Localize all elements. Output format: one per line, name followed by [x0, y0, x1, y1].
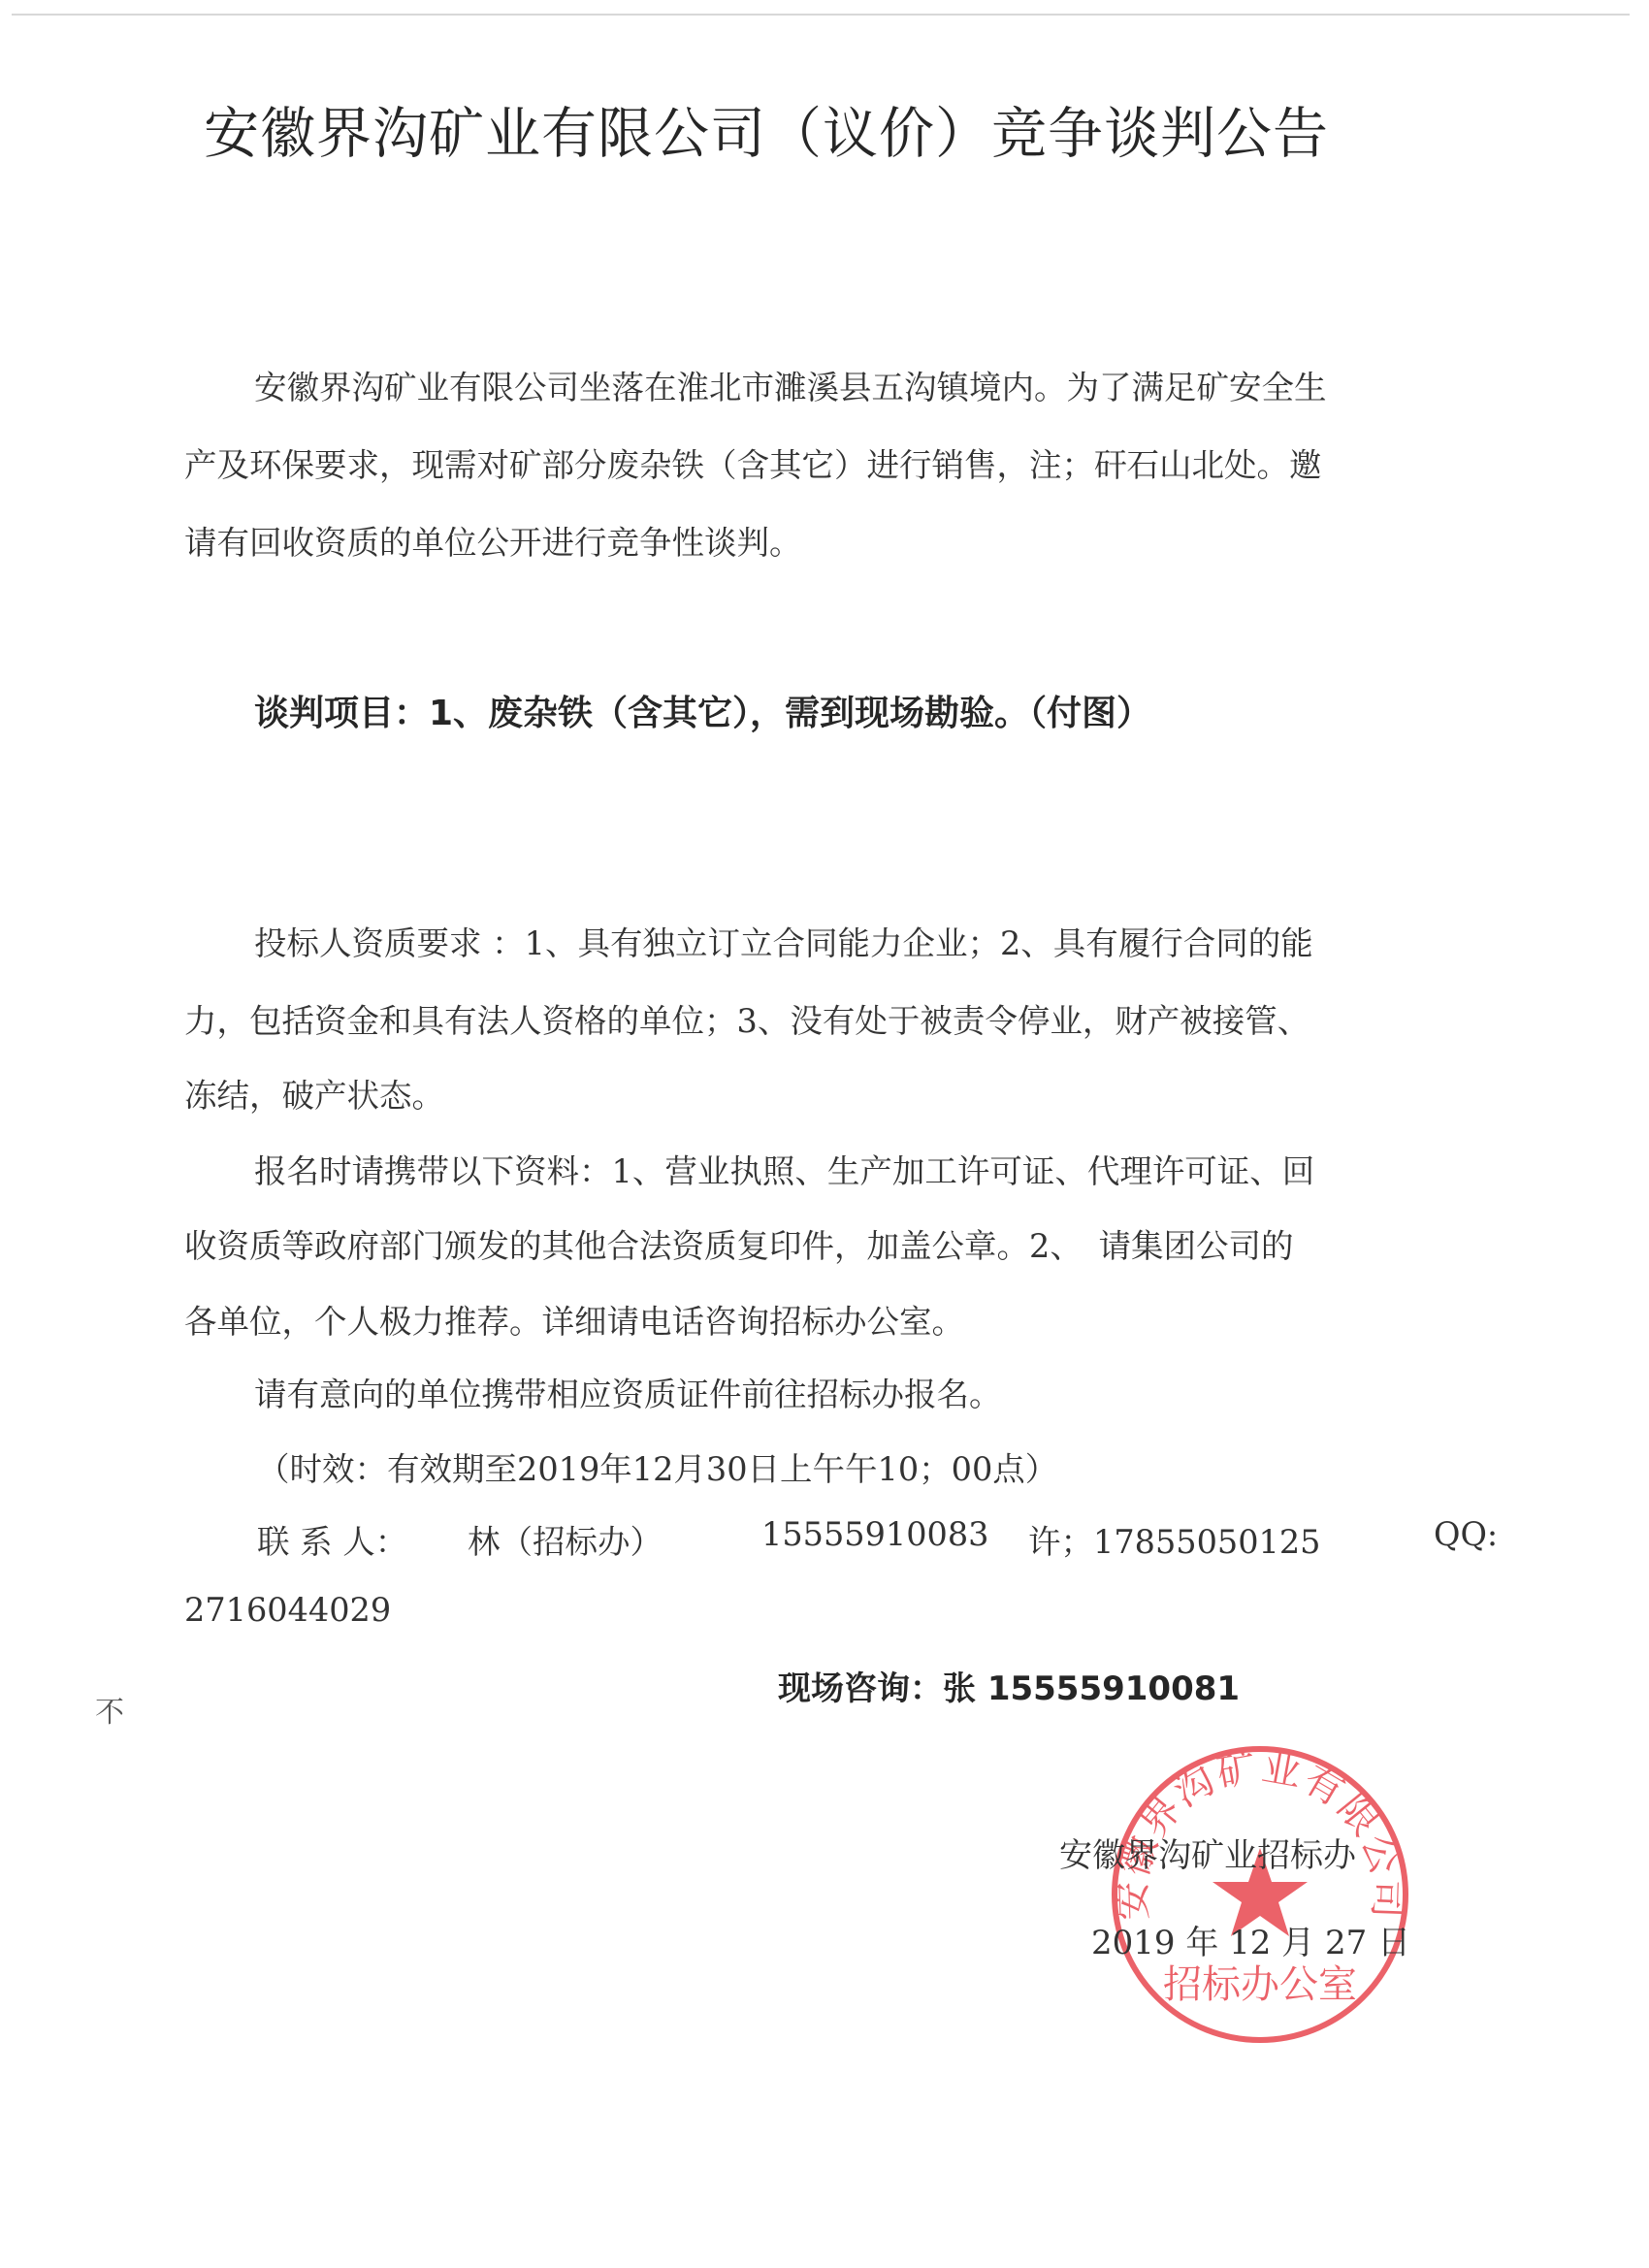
intro-line-3: 请有回收资质的单位公开进行竞争性谈判。 — [184, 516, 1503, 564]
qualifications-line-1: 投标人资质要求 ：1、具有独立订立合同能力企业；2、具有履行合同的能 — [254, 917, 1573, 964]
contact-person-lin: 林（招标办） — [468, 1515, 663, 1563]
materials-line-3: 各单位，个人极力推荐。详细请电话咨询招标办公室。 — [184, 1295, 1503, 1343]
stray-mark: 不 — [95, 1688, 124, 1731]
document-title: 安徽界沟矿业有限公司（议价）竞争谈判公告 — [204, 89, 1503, 169]
qualifications-line-2: 力，包括资金和具有法人资格的单位；3、没有处于被责令停业，财产被接管、 — [184, 994, 1503, 1042]
materials-line-1: 报名时请携带以下资料：1、营业执照、生产加工许可证、代理许可证、回 — [254, 1145, 1573, 1192]
qualifications-line-3: 冻结，破产状态。 — [184, 1069, 1503, 1117]
signature-date: 2019 年 12 月 27 日 — [1091, 1916, 1410, 1963]
intro-line-2: 产及环保要求，现需对矿部分废杂铁（含其它）进行销售，注；矸石山北处。邀 — [184, 438, 1503, 486]
contact-qq-label: QQ: — [1434, 1515, 1498, 1553]
company-seal-stamp: 安徽界沟矿业有限公司 招标办公室 — [1109, 1743, 1411, 2046]
signature-organization: 安徽界沟矿业招标办 — [1059, 1829, 1356, 1876]
contact-person-xu: 许；17855050125 — [1028, 1515, 1320, 1563]
onsite-consultation: 现场咨询：张 15555910081 — [778, 1662, 1649, 1709]
intro-line-1: 安徽界沟矿业有限公司坐落在淮北市濉溪县五沟镇境内。为了满足矿安全生 — [254, 361, 1573, 408]
materials-line-2: 收资质等政府部门颁发的其他合法资质复印件，加盖公章。2、 请集团公司的 — [184, 1219, 1503, 1267]
negotiation-project: 谈判项目：1、废杂铁（含其它），需到现场勘验。（付图） — [254, 686, 1573, 735]
validity-note: （时效：有效期至2019年12月30日上午午10；00点） — [257, 1442, 1576, 1490]
contact-qq-number: 2716044029 — [184, 1591, 391, 1629]
contact-label: 联 系 人： — [257, 1515, 407, 1563]
svg-text:招标办公室: 招标办公室 — [1163, 1962, 1357, 2007]
contact-phone-lin: 15555910083 — [761, 1515, 988, 1553]
page-top-edge — [12, 14, 1630, 16]
registration-note: 请有意向的单位携带相应资质证件前往招标办报名。 — [254, 1368, 1573, 1415]
